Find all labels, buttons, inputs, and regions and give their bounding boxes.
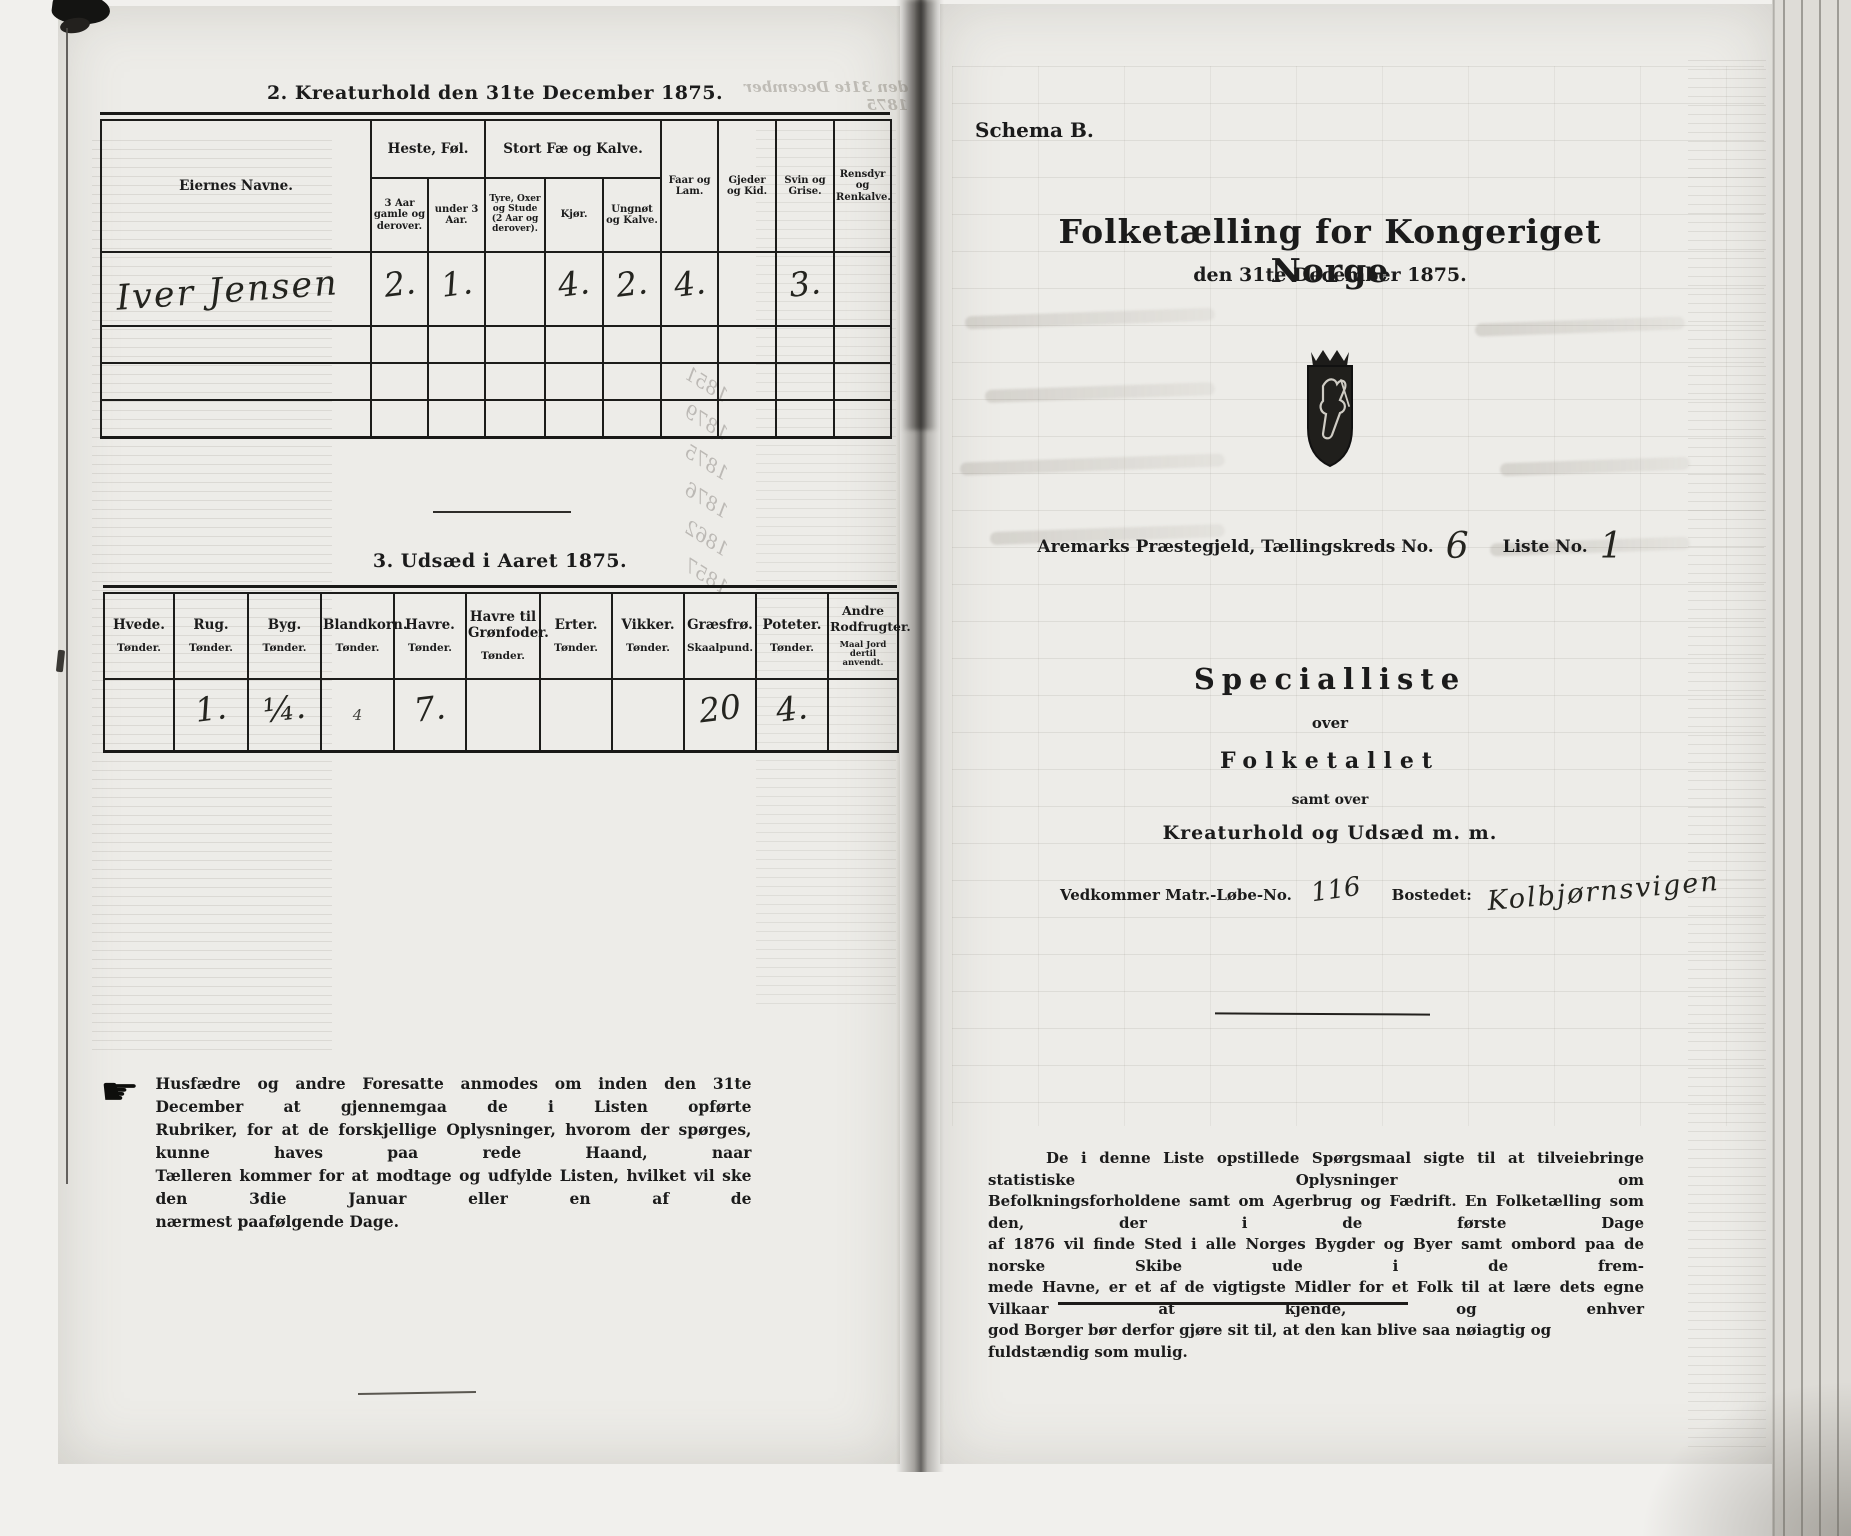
notice-line: Tælleren kommer for at modtage og udfyld… [155,1164,751,1210]
grass-seed-header: Græsfrø.Skaalpund. [684,593,756,679]
census-date-line: den 31te December 1875. [1000,264,1660,286]
cattle-group-header: Stort Fæ og Kalve. [485,120,661,178]
column-unit: Skaalpund. [686,642,754,655]
goats-header: Gjeder og Kid. [718,120,776,252]
rye-header: Rug.Tønder. [174,593,248,679]
pigs-header: Svin og Grise. [776,120,834,252]
horses-under3-subheader: under 3 Aar. [428,178,485,252]
liste-label: Liste No. [1503,537,1588,557]
reindeer-header: Rensdyr og Renkalve. [834,120,891,252]
column-label: Rug. [193,617,228,633]
udsaed-table: Hvede.Tønder. Rug.Tønder. Byg.Tønder. Bl… [103,585,897,753]
table-row: 1. ¼. 4 7. 20 4. [104,679,898,751]
owner-name-handwritten: Iver Jensen [115,263,340,318]
column-unit: Tønder. [396,642,464,655]
table-row-empty [101,363,891,400]
column-unit: Tønder. [614,642,682,655]
paragraph-line: mede Havne, er et af de vigtigste Midler… [988,1277,1644,1320]
column-label: Havre til Grønfoder. [468,609,549,642]
matr-no-label: Vedkommer Matr.-Løbe-No. [1060,886,1292,904]
paragraph-line: god Borger bør derfor gjøre sit til, at … [988,1320,1644,1363]
kreaturhold-value: 3. [789,282,820,286]
mixed-grain-header: Blandkorn.Tønder. [321,593,394,679]
udsaed-value: 4 [353,706,363,724]
column-label: Andre Rodfrugter. [830,603,911,634]
notice-text: Husfædre og andre Foresatte anmodes om i… [155,1072,751,1233]
section-divider-rule [433,511,571,513]
kreaturhold-value: 2. [384,282,415,286]
notice-line: Husfædre og andre Foresatte anmodes om i… [155,1072,751,1118]
column-unit: Tønder. [106,642,172,655]
column-unit: Maal Jord dertil anvendt. [830,641,896,669]
wheat-header: Hvede.Tønder. [104,593,174,679]
kreaturhold-value: 2. [616,282,647,286]
column-unit: Tønder. [176,642,246,655]
vedkommer-line: Vedkommer Matr.-Løbe-No. 116 Bostedet: K… [1060,876,1680,907]
column-label: Blandkorn. [323,617,408,633]
column-label: Græsfrø. [687,617,753,633]
notice-line: nærmest paafølgende Dage. [155,1210,751,1233]
root-crops-header: Andre Rodfrugter.Maal Jord dertil anvend… [828,593,898,679]
column-unit: Tønder. [758,642,826,655]
column-label: Poteter. [762,617,821,633]
column-unit: Tønder. [468,650,538,663]
samt-over-sub: samt over [1000,792,1660,808]
young-cattle-subheader: Ungnøt og Kalve. [603,178,661,252]
peas-header: Erter.Tønder. [540,593,612,679]
fodder-oats-header: Havre til Grønfoder.Tønder. [466,593,540,679]
schema-label: Schema B. [975,118,1094,142]
census-purpose-paragraph: De i denne Liste opstillede Spørgsmaal s… [988,1148,1644,1363]
column-unit: Tønder. [250,642,319,655]
folketallet-heading: Folketallet [1000,748,1660,774]
column-unit: Tønder. [542,642,610,655]
table-row-empty [101,326,891,363]
book-gutter-shadow-top [902,0,938,430]
potatoes-header: Poteter.Tønder. [756,593,828,679]
kreaturhold-value: 1. [441,282,472,286]
barley-header: Byg.Tønder. [248,593,321,679]
column-label: Havre. [405,617,455,633]
udsaed-table-title: 3. Udsæd i Aaret 1875. [103,550,897,572]
kreaturhold-table-title: 2. Kreaturhold den 31te December 1875. [100,82,890,104]
liste-number-handwritten: 1 [1600,526,1623,567]
sheep-header: Faar og Lam. [661,120,718,252]
kreaturhold-udsaed-heading: Kreaturhold og Udsæd m. m. [1000,822,1660,844]
udsaed-value: 20 [699,707,741,712]
owners-name-header: Eiernes Navne. [101,120,371,252]
specialliste-sub: over [1000,714,1660,732]
specialliste-heading: Specialliste [1000,662,1660,696]
kreaturhold-value: 4. [674,282,705,286]
district-line: Aremarks Præstegjeld, Tællingskreds No.6… [1000,520,1660,561]
column-unit: Tønder. [323,642,392,655]
page-edge-line [66,28,68,1184]
table-row: Iver Jensen 2. 1. 4. 2. 4. 3. [101,252,891,326]
matr-no-handwritten: 116 [1309,872,1362,909]
notice-line: Rubriker, for at de forskjellige Oplysni… [155,1118,751,1164]
horses-3yr-subheader: 3 Aar gamle og derover. [371,178,428,252]
bosted-label: Bostedet: [1392,886,1472,904]
table-row-empty [101,400,891,437]
column-label: Hvede. [113,617,165,633]
closing-rule [1058,1302,1408,1305]
page-corner-shadow [1640,1380,1851,1536]
vetches-header: Vikker.Tønder. [612,593,684,679]
kreaturhold-table: Eiernes Navne. Heste, Føl. Stort Fæ og K… [100,112,890,439]
udsaed-value: 4. [776,707,807,711]
udsaed-value: ¼. [263,707,305,712]
census-district-number-handwritten: 6 [1446,526,1469,567]
column-label: Byg. [268,617,301,633]
paragraph-line: De i denne Liste opstillede Spørgsmaal s… [988,1148,1644,1191]
udsaed-value: 7. [414,707,445,711]
notice-paragraph: ☛ Husfædre og andre Foresatte anmodes om… [100,1072,800,1233]
oats-header: Havre.Tønder. [394,593,466,679]
udsaed-value: 1. [195,707,226,711]
page-stack-edge [1772,0,1851,1536]
district-prefix: Aremarks Præstegjeld, Tællingskreds No. [1037,537,1433,557]
bulls-oxen-subheader: Tyre, Oxer og Stude (2 Aar og derover). [485,178,545,252]
horses-group-header: Heste, Føl. [371,120,485,178]
paragraph-line: Befolkningsforholdene samt om Agerbrug o… [988,1191,1644,1234]
column-label: Vikker. [621,617,674,633]
manicule-icon: ☛ [100,1075,139,1109]
paragraph-line: af 1876 vil finde Sted i alle Norges Byg… [988,1234,1644,1277]
coat-of-arms [1297,342,1363,474]
kreaturhold-value: 4. [558,282,589,286]
cows-subheader: Kjør. [545,178,603,252]
column-label: Erter. [555,617,598,633]
